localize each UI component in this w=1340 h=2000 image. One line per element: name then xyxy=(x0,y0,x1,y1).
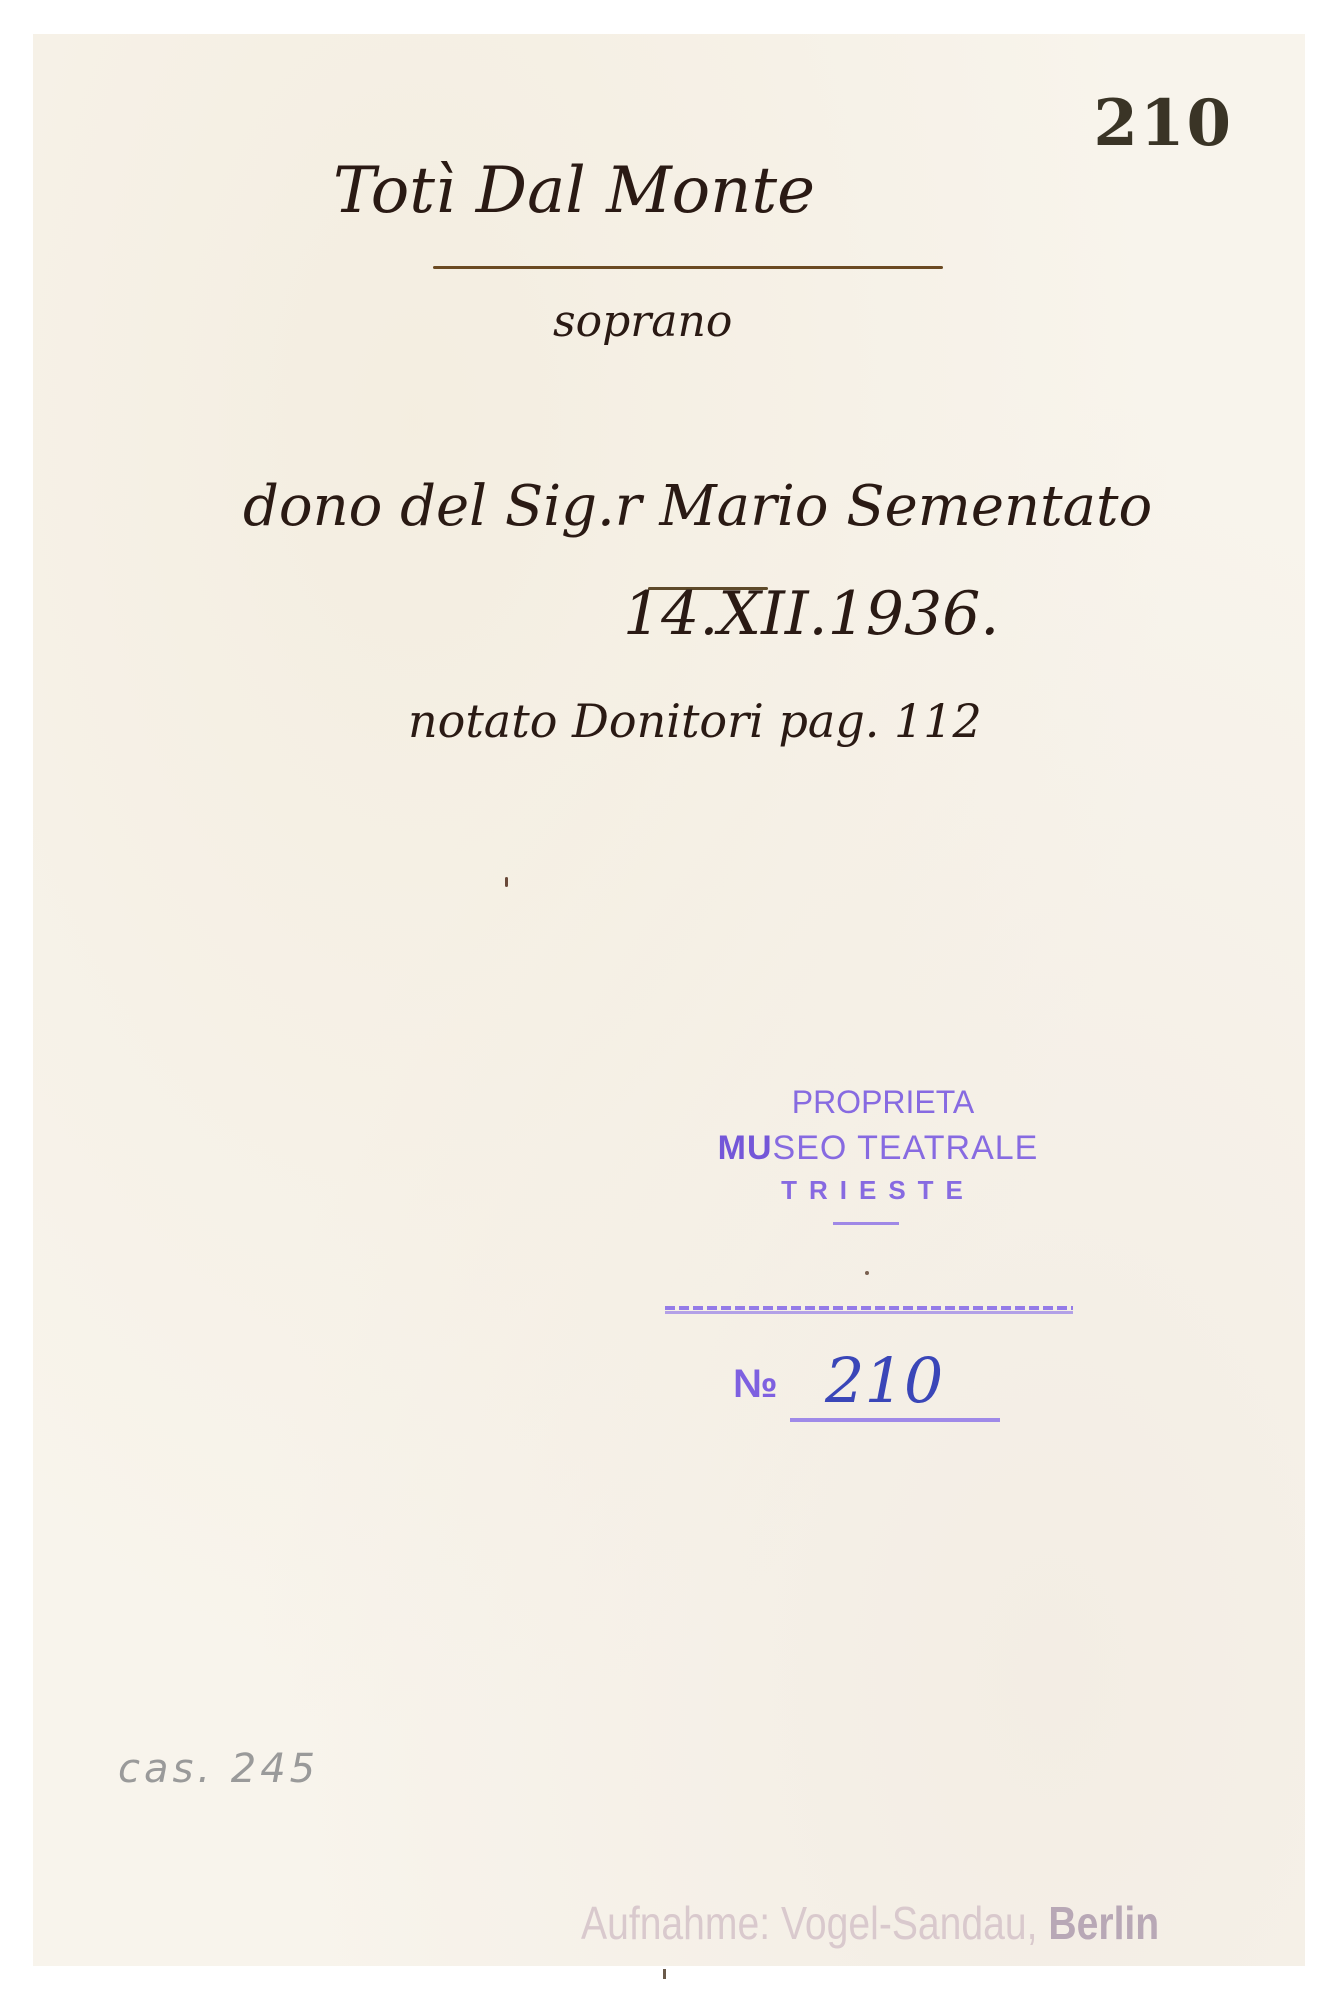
donation-date: 14.XII.1936. xyxy=(623,579,999,649)
voice-type: soprano xyxy=(553,296,732,347)
archival-photo-card-back: 210 Totì Dal Monte soprano dono del Sig.… xyxy=(33,34,1305,1966)
stamp-rule xyxy=(833,1222,899,1225)
pencil-note: cas. 245 xyxy=(118,1746,319,1792)
register-note: notato Donitori pag. 112 xyxy=(408,694,982,748)
number-stamp-top-dashes xyxy=(665,1306,1073,1310)
number-sign: № xyxy=(733,1362,778,1407)
stamp-line-trieste: TRIESTE xyxy=(733,1175,1023,1206)
stamp-line-museo: MUSEO TEATRALE xyxy=(693,1129,1063,1168)
name-underline xyxy=(433,266,943,269)
stamp-bold-part: MU xyxy=(718,1129,773,1167)
credit-light: Aufnahme: Vogel-Sandau, xyxy=(581,1897,1048,1949)
ink-speck xyxy=(505,877,508,887)
photographer-credit: Aufnahme: Vogel-Sandau, Berlin xyxy=(581,1896,1159,1950)
stamp-rest-part: SEO TEATRALE xyxy=(773,1129,1039,1167)
donation-note: dono del Sig.r Mario Sementato xyxy=(243,474,1152,539)
ink-speck-2 xyxy=(865,1271,869,1275)
subject-name: Totì Dal Monte xyxy=(333,154,815,228)
number-underline xyxy=(790,1418,1000,1422)
printed-catalog-number: 210 xyxy=(1093,86,1233,161)
ink-mark xyxy=(663,1969,666,1979)
credit-city: Berlin xyxy=(1048,1897,1159,1949)
inventory-number: 210 xyxy=(825,1344,943,1417)
number-stamp-top-line xyxy=(665,1311,1073,1314)
stamp-line-proprieta: PROPRIETA xyxy=(733,1084,1033,1121)
